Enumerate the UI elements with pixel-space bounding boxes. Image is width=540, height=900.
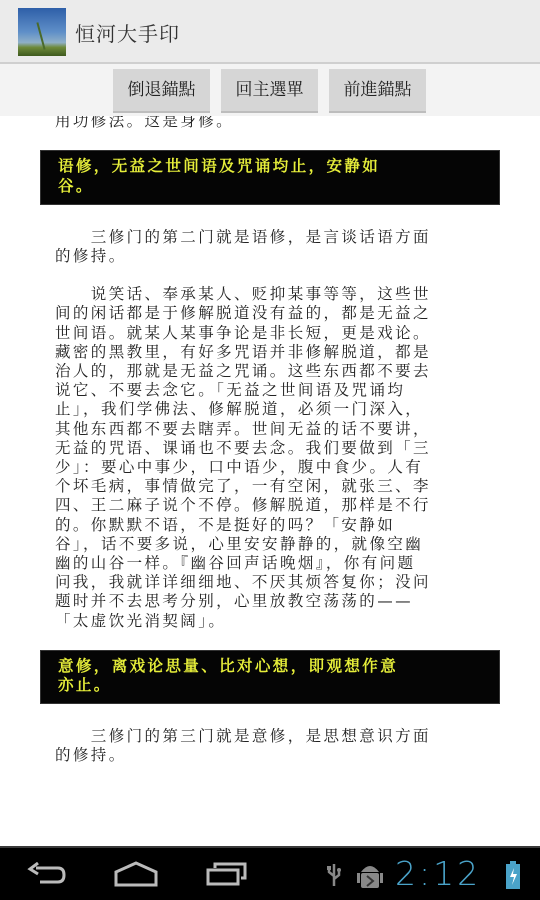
app-landscape-icon[interactable] — [18, 8, 66, 56]
text-line: 止」，我们学佛法、修解脱道，必须一门深入， — [55, 400, 485, 419]
text-line: 亦止。 — [58, 676, 484, 695]
text-body: 就会好，病也不大生了。这样住在世间，才可以用功修法。这是身修。语修，无益之世间语… — [55, 116, 485, 785]
text-line: 的修持。 — [55, 746, 485, 765]
text-line: 题时并不去思考分别，心里放教空荡荡的—— — [55, 592, 485, 611]
home-icon[interactable] — [113, 860, 159, 888]
battery-charging-icon — [506, 861, 520, 889]
text-line: 世间语。就某人某事争论是非长短，更是戏论。 — [55, 324, 485, 343]
section-heading-highlight: 语修，无益之世间语及咒诵均止，安静如谷。 — [40, 150, 500, 204]
previous-anchor-button[interactable]: 倒退錨點 — [113, 69, 210, 113]
text-line: 个坏毛病，事情做完了，一有空闲，就张三、李 — [55, 477, 485, 496]
action-bar: 恒河大手印 — [0, 0, 540, 64]
main-menu-button[interactable]: 回主選單 — [221, 69, 318, 113]
text-line: 的。你默默不语，不是挺好的吗？「安静如 — [55, 516, 485, 535]
section-heading-highlight: 意修，离戏论思量、比对心想，即观想作意亦止。 — [40, 650, 500, 704]
text-line: 的修持。 — [55, 247, 485, 266]
text-line: 问我，我就详详细细地、不厌其烦答复你；没问 — [55, 573, 485, 592]
paragraph: 三修门的第二门就是语修，是言谈话语方面的修持。 — [55, 228, 485, 266]
app-title: 恒河大手印 — [75, 18, 180, 47]
android-debug-icon — [357, 860, 383, 890]
clock: 2:12 — [395, 854, 481, 893]
text-line: 三修门的第二门就是语修，是言谈话语方面 — [55, 228, 485, 247]
paragraph: 就会好，病也不大生了。这样住在世间，才可以用功修法。这是身修。 — [55, 116, 485, 131]
text-line: 谷」，话不要多说，心里安安静静的，就像空幽 — [55, 535, 485, 554]
text-line: 意修，离戏论思量、比对心想，即观想作意 — [58, 657, 484, 676]
text-line: 其他东西都不要去瞎弄。世间无益的话不要讲， — [55, 420, 485, 439]
text-line: 无益的咒语、课诵也不要去念。我们要做到「三 — [55, 439, 485, 458]
text-line: 藏密的黑教里，有好多咒语并非修解脱道，都是 — [55, 343, 485, 362]
paragraph: 说笑话、奉承某人、贬抑某事等等，这些世间的闲话都是于修解脱道没有益的，都是无益之… — [55, 285, 485, 631]
text-line: 少」：要心中事少，口中语少，腹中食少。人有 — [55, 458, 485, 477]
text-line: 治人的，那就是无益之咒诵。这些东西都不要去 — [55, 362, 485, 381]
system-navigation-bar: 2:12 — [0, 846, 540, 900]
recent-apps-icon[interactable] — [205, 860, 249, 888]
next-anchor-button[interactable]: 前進錨點 — [329, 69, 426, 113]
text-line: 说笑话、奉承某人、贬抑某事等等，这些世 — [55, 285, 485, 304]
anchor-navigation-bar: 倒退錨點 回主選單 前進錨點 — [0, 64, 540, 116]
text-line: 语修，无益之世间语及咒诵均止，安静如 — [58, 157, 484, 176]
text-line: 「太虚饮光消契阔」。 — [55, 612, 485, 631]
text-line: 用功修法。这是身修。 — [55, 116, 485, 131]
usb-icon — [326, 862, 342, 888]
back-icon[interactable] — [26, 862, 68, 888]
text-line: 四、王二麻子说个不停。修解脱道，那样是不行 — [55, 496, 485, 515]
text-line: 间的闲话都是于修解脱道没有益的，都是无益之 — [55, 304, 485, 323]
text-line: 说它、不要去念它。「无益之世间语及咒诵均 — [55, 381, 485, 400]
reading-content[interactable]: 就会好，病也不大生了。这样住在世间，才可以用功修法。这是身修。语修，无益之世间语… — [0, 116, 540, 846]
text-line: 谷。 — [58, 177, 484, 196]
text-line: 三修门的第三门就是意修，是思想意识方面 — [55, 727, 485, 746]
text-line: 幽的山谷一样。『幽谷回声话晚烟』，你有问题 — [55, 554, 485, 573]
paragraph: 三修门的第三门就是意修，是思想意识方面的修持。 — [55, 727, 485, 765]
